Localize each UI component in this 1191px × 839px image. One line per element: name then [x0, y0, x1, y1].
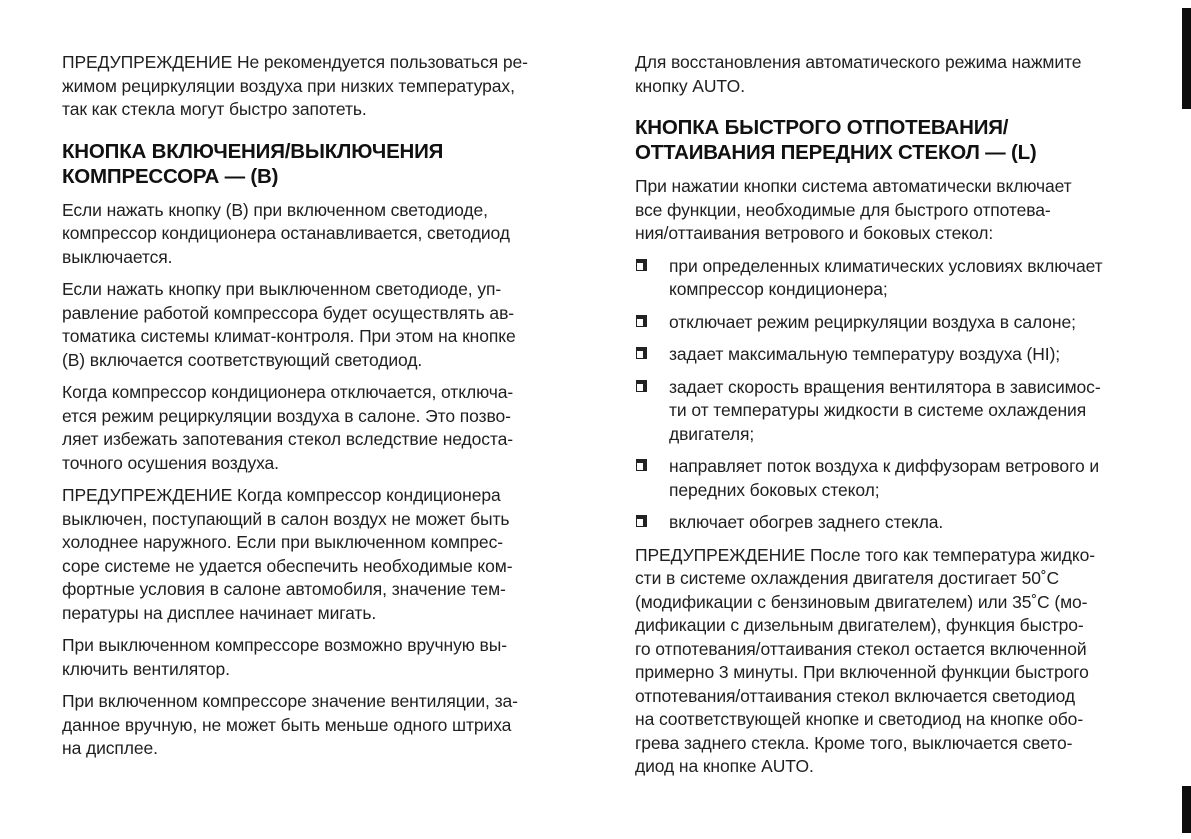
section-heading: КНОПКА ВКЛЮЧЕНИЯ/ВЫКЛЮЧЕНИЯ КОМПРЕССОРА … [62, 139, 579, 189]
list-item: задает скорость вращения вентилятора в з… [635, 376, 1151, 447]
paragraph: Если нажать кнопку (B) при включенном св… [62, 199, 579, 270]
feature-list: при определенных климатических условиях … [635, 255, 1151, 535]
checkbox-bullet-icon [636, 259, 647, 271]
paragraph: При нажатии кнопки система автоматически… [635, 175, 1151, 246]
paragraph: ПРЕДУПРЕЖДЕНИЕ Не рекомендуется пользова… [62, 51, 579, 122]
checkbox-bullet-icon [636, 459, 647, 471]
list-item-text: отключает режим рециркуляции воздуха в с… [669, 312, 1076, 332]
right-column: Для восстановления автоматического режим… [635, 51, 1151, 788]
list-item-text: при определенных климатических условиях … [669, 256, 1103, 300]
list-item-text: включает обогрев заднего стекла. [669, 512, 943, 532]
page-edge-index-mark-top [1182, 8, 1191, 109]
list-item-text: задает максимальную температуру воздуха … [669, 344, 1060, 364]
list-item-text: направляет поток воздуха к диффузорам ве… [669, 456, 1099, 500]
list-item: задает максимальную температуру воздуха … [635, 343, 1151, 367]
list-item: направляет поток воздуха к диффузорам ве… [635, 455, 1151, 502]
section-heading: КНОПКА БЫСТРОГО ОТПОТЕВАНИЯ/ ОТТАИВАНИЯ … [635, 115, 1151, 165]
paragraph: Когда компрессор кондиционера отключаетс… [62, 381, 579, 475]
paragraph: При включенном компрессоре значение вент… [62, 690, 579, 761]
checkbox-bullet-icon [636, 515, 647, 527]
list-item: при определенных климатических условиях … [635, 255, 1151, 302]
checkbox-bullet-icon [636, 347, 647, 359]
paragraph: Если нажать кнопку при выключенном свето… [62, 278, 579, 372]
checkbox-bullet-icon [636, 380, 647, 392]
manual-page: ПРЕДУПРЕЖДЕНИЕ Не рекомендуется пользова… [0, 0, 1191, 839]
paragraph: Для восстановления автоматического режим… [635, 51, 1151, 98]
list-item-text: задает скорость вращения вентилятора в з… [669, 377, 1101, 444]
list-item: включает обогрев заднего стекла. [635, 511, 1151, 535]
checkbox-bullet-icon [636, 315, 647, 327]
paragraph: ПРЕДУПРЕЖДЕНИЕ После того как температур… [635, 544, 1151, 779]
left-column: ПРЕДУПРЕЖДЕНИЕ Не рекомендуется пользова… [62, 51, 579, 788]
text-columns: ПРЕДУПРЕЖДЕНИЕ Не рекомендуется пользова… [62, 51, 1151, 788]
page-edge-index-mark-bottom [1182, 786, 1191, 833]
list-item: отключает режим рециркуляции воздуха в с… [635, 311, 1151, 335]
paragraph: ПРЕДУПРЕЖДЕНИЕ Когда компрессор кондицио… [62, 484, 579, 625]
paragraph: При выключенном компрессоре возможно вру… [62, 634, 579, 681]
